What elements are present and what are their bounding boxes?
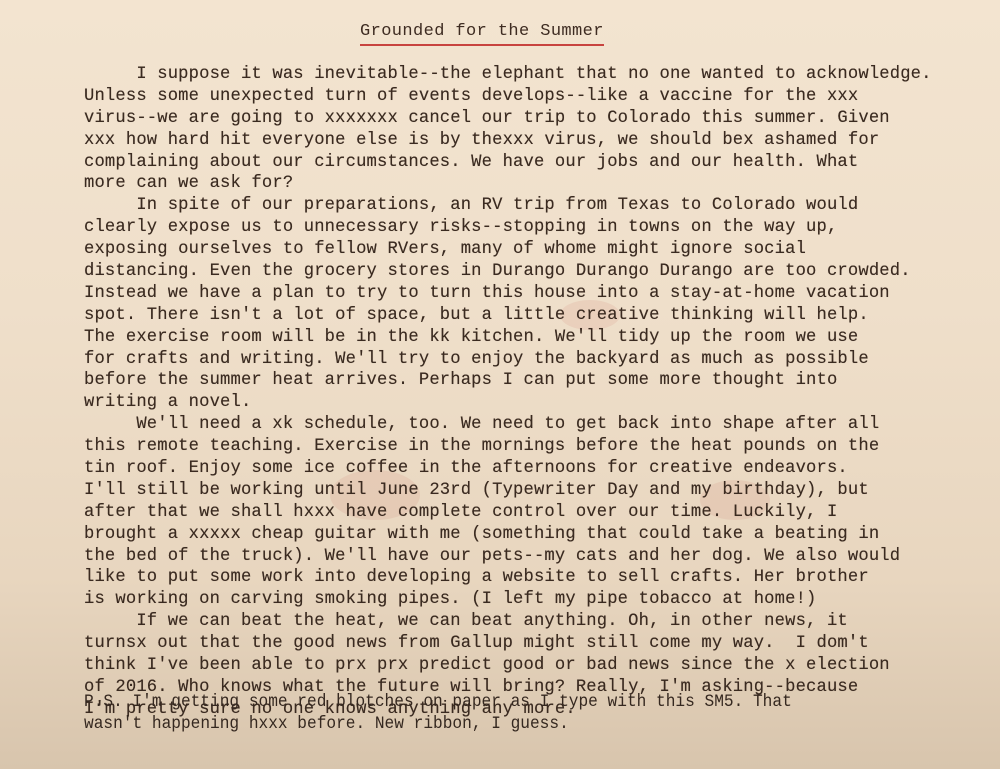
text-line: Unless some unexpected turn of events de… bbox=[84, 86, 994, 108]
text-line: I suppose it was inevitable--the elephan… bbox=[84, 64, 994, 86]
text-line: If we can beat the heat, we can beat any… bbox=[84, 611, 994, 633]
text-line: is working on carving smoking pipes. (I … bbox=[84, 589, 994, 611]
text-line: this remote teaching. Exercise in the mo… bbox=[84, 436, 994, 458]
text-line: writing a novel. bbox=[84, 392, 994, 414]
text-line: the bed of the truck). We'll have our pe… bbox=[84, 546, 994, 568]
postscript: P.S. I'm getting some red blotches on pa… bbox=[84, 692, 930, 736]
typewritten-page: Grounded for the Summer I suppose it was… bbox=[0, 0, 1000, 769]
text-line: complaining about our circumstances. We … bbox=[84, 152, 994, 174]
text-line: clearly expose us to unnecessary risks--… bbox=[84, 217, 994, 239]
text-line: spot. There isn't a lot of space, but a … bbox=[84, 305, 994, 327]
text-line: before the summer heat arrives. Perhaps … bbox=[84, 370, 994, 392]
text-line: think I've been able to prx prx predict … bbox=[84, 655, 994, 677]
text-line: distancing. Even the grocery stores in D… bbox=[84, 261, 994, 283]
text-line: xxx how hard hit everyone else is by the… bbox=[84, 130, 994, 152]
text-line: more can we ask for? bbox=[84, 173, 994, 195]
text-line: like to put some work into developing a … bbox=[84, 567, 994, 589]
text-line: In spite of our preparations, an RV trip… bbox=[84, 195, 994, 217]
text-line: after that we shall hxxx have complete c… bbox=[84, 502, 994, 524]
text-line: Instead we have a plan to try to turn th… bbox=[84, 283, 994, 305]
text-line: virus--we are going to xxxxxxx cancel ou… bbox=[84, 108, 994, 130]
text-line: wasn't happening hxxx before. New ribbon… bbox=[84, 714, 930, 736]
text-line: exposing ourselves to fellow RVers, many… bbox=[84, 239, 994, 261]
text-line: The exercise room will be in the kk kitc… bbox=[84, 327, 994, 349]
text-line: P.S. I'm getting some red blotches on pa… bbox=[84, 692, 930, 714]
text-line: for crafts and writing. We'll try to enj… bbox=[84, 349, 994, 371]
document-body: I suppose it was inevitable--the elephan… bbox=[84, 64, 994, 721]
text-line: turnsx out that the good news from Gallu… bbox=[84, 633, 994, 655]
text-line: tin roof. Enjoy some ice coffee in the a… bbox=[84, 458, 994, 480]
text-line: brought a xxxxx cheap guitar with me (so… bbox=[84, 524, 994, 546]
text-line: I'll still be working until June 23rd (T… bbox=[84, 480, 994, 502]
text-line: We'll need a xk schedule, too. We need t… bbox=[84, 414, 994, 436]
document-title: Grounded for the Summer bbox=[360, 22, 604, 46]
